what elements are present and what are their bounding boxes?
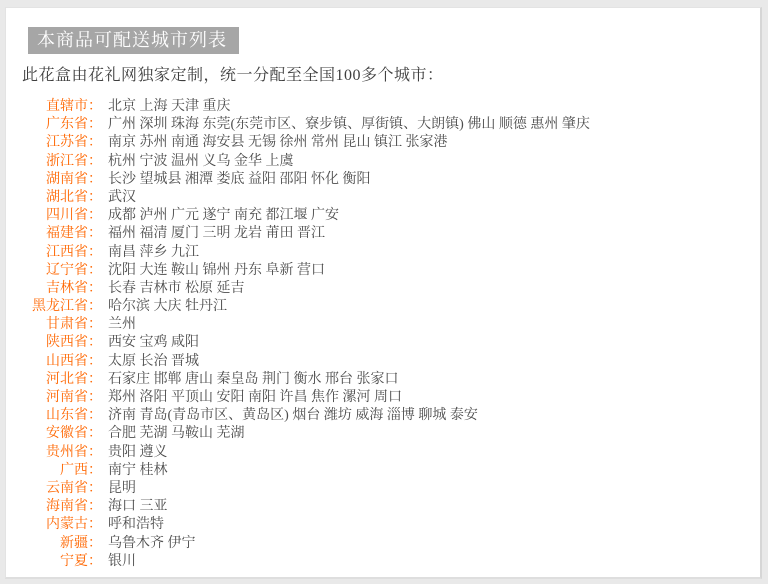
region-row: 安徽省：合肥 芜湖 马鞍山 芜湖 <box>6 425 760 443</box>
region-colon: ： <box>88 462 102 480</box>
region-row: 江西省：南昌 萍乡 九江 <box>6 244 760 262</box>
region-colon: ： <box>88 480 102 498</box>
region-cities: 杭州 宁波 温州 义乌 金华 上虞 <box>108 153 294 171</box>
region-label: 河北省 <box>27 371 88 389</box>
region-colon: ： <box>88 371 102 389</box>
content-panel: 本商品可配送城市列表 此花盒由花礼网独家定制，统一分配至全国100多个城市： 直… <box>5 7 762 579</box>
region-colon: ： <box>88 280 102 298</box>
region-colon: ： <box>88 98 102 116</box>
region-cities: 昆明 <box>108 480 136 498</box>
region-label: 内蒙古 <box>27 516 88 534</box>
region-label: 湖北省 <box>27 189 88 207</box>
region-cities: 石家庄 邯郸 唐山 秦皇岛 荆门 衡水 邢台 张家口 <box>108 371 399 389</box>
region-label: 甘肃省 <box>27 316 88 334</box>
region-label: 吉林省 <box>27 280 88 298</box>
region-cities: 南宁 桂林 <box>108 462 168 480</box>
region-row: 广西：南宁 桂林 <box>6 462 760 480</box>
region-colon: ： <box>88 244 102 262</box>
region-cities: 武汉 <box>108 189 136 207</box>
region-label: 江西省 <box>27 244 88 262</box>
region-cities: 南昌 萍乡 九江 <box>108 244 199 262</box>
region-row: 新疆：乌鲁木齐 伊宁 <box>6 535 760 553</box>
region-cities: 贵阳 遵义 <box>108 444 168 462</box>
region-label: 四川省 <box>27 207 88 225</box>
region-row: 江苏省：南京 苏州 南通 海安县 无锡 徐州 常州 昆山 镇江 张家港 <box>6 134 760 152</box>
region-colon: ： <box>88 225 102 243</box>
region-row: 河南省：郑州 洛阳 平顶山 安阳 南阳 许昌 焦作 漯河 周口 <box>6 389 760 407</box>
region-list: 直辖市：北京 上海 天津 重庆广东省：广州 深圳 珠海 东莞(东莞市区、寮步镇、… <box>6 98 760 571</box>
region-colon: ： <box>88 334 102 352</box>
region-row: 福建省：福州 福清 厦门 三明 龙岩 莆田 晋江 <box>6 225 760 243</box>
intro-text: 此花盒由花礼网独家定制，统一分配至全国100多个城市： <box>22 65 760 86</box>
region-row: 直辖市：北京 上海 天津 重庆 <box>6 98 760 116</box>
region-colon: ： <box>88 425 102 443</box>
region-label: 浙江省 <box>27 153 88 171</box>
region-cities: 哈尔滨 大庆 牡丹江 <box>108 298 227 316</box>
region-colon: ： <box>88 171 102 189</box>
region-row: 山西省：太原 长治 晋城 <box>6 353 760 371</box>
region-label: 江苏省 <box>27 134 88 152</box>
region-colon: ： <box>88 389 102 407</box>
region-colon: ： <box>88 516 102 534</box>
region-row: 黑龙江省：哈尔滨 大庆 牡丹江 <box>6 298 760 316</box>
region-cities: 乌鲁木齐 伊宁 <box>108 535 196 553</box>
region-label: 云南省 <box>27 480 88 498</box>
region-colon: ： <box>88 535 102 553</box>
region-cities: 成都 泸州 广元 遂宁 南充 都江堰 广安 <box>108 207 339 225</box>
region-cities: 合肥 芜湖 马鞍山 芜湖 <box>108 425 245 443</box>
section-title-bar: 本商品可配送城市列表 <box>28 27 239 54</box>
region-row: 宁夏：银川 <box>6 553 760 571</box>
region-label: 陕西省 <box>27 334 88 352</box>
region-cities: 北京 上海 天津 重庆 <box>108 98 231 116</box>
region-colon: ： <box>88 116 102 134</box>
region-label: 山东省 <box>27 407 88 425</box>
region-label: 湖南省 <box>27 171 88 189</box>
region-colon: ： <box>88 407 102 425</box>
region-label: 黑龙江省 <box>27 298 88 316</box>
region-colon: ： <box>88 207 102 225</box>
region-cities: 长春 吉林市 松原 延吉 <box>108 280 245 298</box>
region-cities: 沈阳 大连 鞍山 锦州 丹东 阜新 营口 <box>108 262 325 280</box>
region-label: 广西 <box>27 462 88 480</box>
region-row: 广东省：广州 深圳 珠海 东莞(东莞市区、寮步镇、厚街镇、大朗镇) 佛山 顺德 … <box>6 116 760 134</box>
region-cities: 济南 青岛(青岛市区、黄岛区) 烟台 潍坊 威海 淄博 聊城 泰安 <box>108 407 478 425</box>
page: { "page": { "title_bar": "本商品可配送城市列表", "… <box>0 0 768 584</box>
region-label: 直辖市 <box>27 98 88 116</box>
region-row: 湖南省：长沙 望城县 湘潭 娄底 益阳 邵阳 怀化 衡阳 <box>6 171 760 189</box>
region-row: 甘肃省：兰州 <box>6 316 760 334</box>
region-label: 海南省 <box>27 498 88 516</box>
region-cities: 西安 宝鸡 咸阳 <box>108 334 199 352</box>
region-row: 辽宁省：沈阳 大连 鞍山 锦州 丹东 阜新 营口 <box>6 262 760 280</box>
region-row: 云南省：昆明 <box>6 480 760 498</box>
region-label: 新疆 <box>27 535 88 553</box>
region-colon: ： <box>88 298 102 316</box>
region-cities: 呼和浩特 <box>108 516 164 534</box>
region-label: 宁夏 <box>27 553 88 571</box>
region-row: 贵州省：贵阳 遵义 <box>6 444 760 462</box>
region-row: 浙江省：杭州 宁波 温州 义乌 金华 上虞 <box>6 153 760 171</box>
region-row: 河北省：石家庄 邯郸 唐山 秦皇岛 荆门 衡水 邢台 张家口 <box>6 371 760 389</box>
region-row: 陕西省：西安 宝鸡 咸阳 <box>6 334 760 352</box>
region-label: 福建省 <box>27 225 88 243</box>
region-cities: 郑州 洛阳 平顶山 安阳 南阳 许昌 焦作 漯河 周口 <box>108 389 402 407</box>
region-label: 贵州省 <box>27 444 88 462</box>
region-cities: 海口 三亚 <box>108 498 168 516</box>
region-colon: ： <box>88 189 102 207</box>
region-colon: ： <box>88 153 102 171</box>
region-colon: ： <box>88 316 102 334</box>
region-colon: ： <box>88 353 102 371</box>
region-label: 河南省 <box>27 389 88 407</box>
region-colon: ： <box>88 444 102 462</box>
region-colon: ： <box>88 498 102 516</box>
region-colon: ： <box>88 553 102 571</box>
region-cities: 银川 <box>108 553 136 571</box>
region-cities: 福州 福清 厦门 三明 龙岩 莆田 晋江 <box>108 225 325 243</box>
region-row: 内蒙古：呼和浩特 <box>6 516 760 534</box>
region-label: 辽宁省 <box>27 262 88 280</box>
region-row: 吉林省：长春 吉林市 松原 延吉 <box>6 280 760 298</box>
region-row: 山东省：济南 青岛(青岛市区、黄岛区) 烟台 潍坊 威海 淄博 聊城 泰安 <box>6 407 760 425</box>
region-cities: 长沙 望城县 湘潭 娄底 益阳 邵阳 怀化 衡阳 <box>108 171 371 189</box>
region-label: 山西省 <box>27 353 88 371</box>
region-colon: ： <box>88 134 102 152</box>
region-colon: ： <box>88 262 102 280</box>
region-row: 湖北省：武汉 <box>6 189 760 207</box>
region-row: 四川省：成都 泸州 广元 遂宁 南充 都江堰 广安 <box>6 207 760 225</box>
region-cities: 广州 深圳 珠海 东莞(东莞市区、寮步镇、厚街镇、大朗镇) 佛山 顺德 惠州 肇… <box>108 116 590 134</box>
region-cities: 太原 长治 晋城 <box>108 353 199 371</box>
region-label: 安徽省 <box>27 425 88 443</box>
region-cities: 兰州 <box>108 316 136 334</box>
region-row: 海南省：海口 三亚 <box>6 498 760 516</box>
region-cities: 南京 苏州 南通 海安县 无锡 徐州 常州 昆山 镇江 张家港 <box>108 134 448 152</box>
region-label: 广东省 <box>27 116 88 134</box>
